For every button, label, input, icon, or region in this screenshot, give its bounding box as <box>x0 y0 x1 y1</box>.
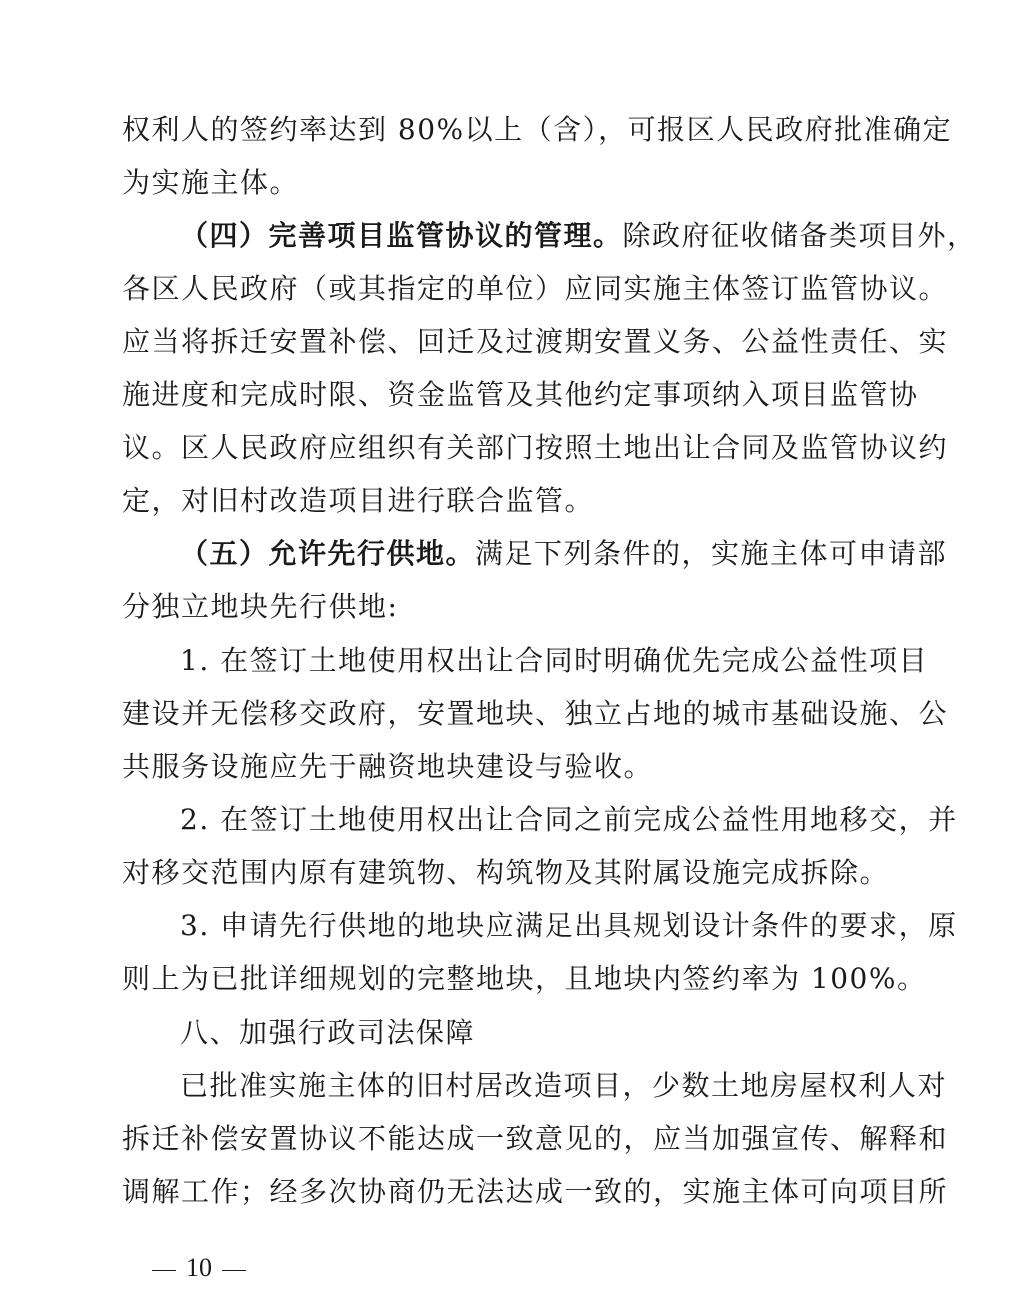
paragraph-text: 定，对旧村改造项目进行联合监管。 <box>122 484 594 517</box>
paragraph-text: 满足下列条件的，实施主体可申请部 <box>475 537 947 570</box>
paragraph-text: 施进度和完成时限、资金监管及其他约定事项纳入项目监管协 <box>122 378 919 411</box>
text-line: 建设并无偿移交政府，安置地块、独立占地的城市基础设施、公 <box>122 694 907 734</box>
list-item-2: 2. 在签订土地使用权出让合同之前完成公益性用地移交，并 <box>180 800 907 840</box>
paragraph-text: 1. 在签订土地使用权出让合同时明确优先完成公益性项目 <box>180 644 928 677</box>
list-item-1: 1. 在签订土地使用权出让合同时明确优先完成公益性项目 <box>180 641 907 681</box>
text-line: 拆迁补偿安置协议不能达成一致意见的，应当加强宣传、解释和 <box>122 1119 907 1159</box>
paragraph-text: 建设并无偿移交政府，安置地块、独立占地的城市基础设施、公 <box>122 697 948 730</box>
text-line: 已批准实施主体的旧村居改造项目，少数土地房屋权利人对 <box>180 1066 907 1106</box>
paragraph-text: 各区人民政府（或其指定的单位）应同实施主体签订监管协议。 <box>122 272 948 305</box>
paragraph-text: 已批准实施主体的旧村居改造项目，少数土地房屋权利人对 <box>180 1069 947 1102</box>
paragraph-text: 拆迁补偿安置协议不能达成一致意见的，应当加强宣传、解释和 <box>122 1122 948 1155</box>
text-line: 则上为已批详细规划的完整地块，且地块内签约率为 100%。 <box>122 959 907 999</box>
page-footer: 10 <box>142 1250 256 1286</box>
section-4-title: （四）完善项目监管协议的管理。 <box>180 219 623 252</box>
text-line: 各区人民政府（或其指定的单位）应同实施主体签订监管协议。 <box>122 269 907 309</box>
text-line: 定，对旧村改造项目进行联合监管。 <box>122 481 907 521</box>
paragraph-text: 2. 在签订土地使用权出让合同之前完成公益性用地移交，并 <box>180 803 958 836</box>
page-number: 10 <box>186 1253 212 1282</box>
text-line: 权利人的签约率达到 80%以上（含），可报区人民政府批准确定 <box>122 110 907 150</box>
text-line: 共服务设施应先于融资地块建设与验收。 <box>122 747 907 787</box>
paragraph-text: 调解工作；经多次协商仍无法达成一致的，实施主体可向项目所 <box>122 1175 948 1208</box>
text-line: 调解工作；经多次协商仍无法达成一致的，实施主体可向项目所 <box>122 1172 907 1212</box>
text-line: 应当将拆迁安置补偿、回迁及过渡期安置义务、公益性责任、实 <box>122 322 907 362</box>
paragraph-text: 议。区人民政府应组织有关部门按照土地出让合同及监管协议约 <box>122 431 948 464</box>
list-item-3: 3. 申请先行供地的地块应满足出具规划设计条件的要求，原 <box>180 906 907 946</box>
text-line: 分独立地块先行供地: <box>122 587 907 627</box>
document-page: 权利人的签约率达到 80%以上（含），可报区人民政府批准确定 为实施主体。 （四… <box>0 0 1021 1310</box>
paragraph-text: 除政府征收储备类项目外， <box>623 219 977 252</box>
text-line: 议。区人民政府应组织有关部门按照土地出让合同及监管协议约 <box>122 428 907 468</box>
section-4-heading-line: （四）完善项目监管协议的管理。除政府征收储备类项目外， <box>180 216 907 256</box>
paragraph-text: 对移交范围内原有建筑物、构筑物及其附属设施完成拆除。 <box>122 856 889 889</box>
paragraph-text: 3. 申请先行供地的地块应满足出具规划设计条件的要求，原 <box>180 909 958 942</box>
text-line: 为实施主体。 <box>122 163 907 203</box>
paragraph-text: 共服务设施应先于融资地块建设与验收。 <box>122 750 653 783</box>
section-5-heading-line: （五）允许先行供地。满足下列条件的，实施主体可申请部 <box>180 534 907 574</box>
paragraph-text: 应当将拆迁安置补偿、回迁及过渡期安置义务、公益性责任、实 <box>122 325 948 358</box>
paragraph-text: 分独立地块先行供地: <box>122 590 398 623</box>
text-line: 施进度和完成时限、资金监管及其他约定事项纳入项目监管协 <box>122 375 907 415</box>
text-line: 对移交范围内原有建筑物、构筑物及其附属设施完成拆除。 <box>122 853 907 893</box>
paragraph-text: 则上为已批详细规划的完整地块，且地块内签约率为 100%。 <box>122 962 926 995</box>
paragraph-text: 权利人的签约率达到 80%以上（含），可报区人民政府批准确定 <box>122 113 952 146</box>
section-5-title: （五）允许先行供地。 <box>180 537 475 570</box>
paragraph-text: 为实施主体。 <box>122 166 299 199</box>
dash-decoration <box>152 1270 176 1271</box>
section-8-heading: 八、加强行政司法保障 <box>180 1013 907 1053</box>
section-heading-text: 八、加强行政司法保障 <box>180 1016 475 1049</box>
dash-decoration <box>222 1270 246 1271</box>
